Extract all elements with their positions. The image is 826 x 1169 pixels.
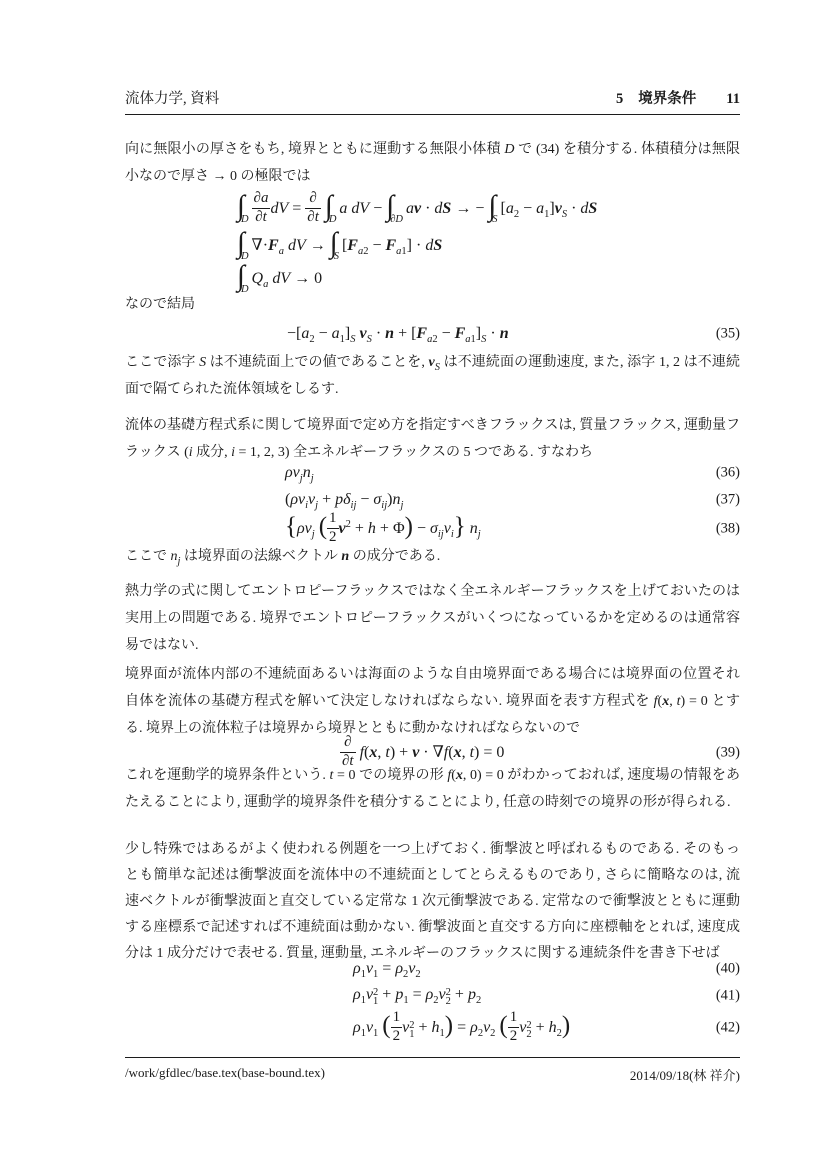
equation-41: ρ1v21 + p1 = ρ2v22 + p2 (41) bbox=[125, 982, 740, 1010]
paragraph-intro: 向に無限小の厚さをもち, 境界とともに運動する無限小体積 D で (34) を積… bbox=[125, 136, 740, 190]
equation-40: ρ1v1 = ρ2v2 (40) bbox=[125, 957, 740, 981]
equation-body: (ρvivj + pδij − σij)nj bbox=[285, 491, 403, 509]
equation-number: (42) bbox=[716, 1020, 740, 1037]
equation-number: (39) bbox=[716, 745, 740, 762]
header-section-number: 5 bbox=[616, 91, 623, 108]
equation-body: ρ1v1 = ρ2v2 bbox=[353, 960, 421, 978]
equation-number: (37) bbox=[716, 492, 740, 509]
header-rule bbox=[125, 114, 740, 115]
paragraph-subscript-note: ここで添字 S は不連続面上での値であることを, vS は不連続面の運動速度, … bbox=[125, 349, 740, 403]
equation-number: (40) bbox=[716, 961, 740, 978]
equation-body: ρ1v21 + p1 = ρ2v22 + p2 bbox=[353, 986, 481, 1006]
equation-body: ∫D∂a∂tdV = ∂∂t ∫Da dV − ∫∂Dav · dS → − ∫… bbox=[237, 192, 597, 227]
equation-body: −[a2 − a1]S vS · n + [Fa2 − Fa1]S · n bbox=[287, 325, 509, 343]
equation-number: (36) bbox=[716, 465, 740, 482]
header-doc-title: 流体力学, 資料 bbox=[125, 87, 219, 108]
equation-body: ∫D∇·Fa dV → ∫S[Fa2 − Fa1] · dS bbox=[237, 235, 442, 257]
footer-date-author: 2014/09/18(林 祥介) bbox=[630, 1065, 740, 1084]
paragraph-free-surface: 境界面が流体内部の不連続面あるいは海面のような自由境界面である場合には境界面の位… bbox=[125, 661, 740, 742]
equation-35: −[a2 − a1]S vS · n + [Fa2 − Fa1]S · n (3… bbox=[125, 320, 740, 348]
page-footer: /work/gfdlec/base.tex(base-bound.tex) 20… bbox=[125, 1065, 740, 1084]
footer-source-path: /work/gfdlec/base.tex(base-bound.tex) bbox=[125, 1065, 325, 1084]
header-page-number: 11 bbox=[726, 91, 740, 108]
paragraph-entropy: 熱力学の式に関してエントロピーフラックスではなく全エネルギーフラックスを上げてお… bbox=[125, 578, 740, 659]
header-section-title: 境界条件 bbox=[638, 87, 696, 108]
equation-body: ρ1v1 (12v21 + h1) = ρ2v2 (12v22 + h2) bbox=[353, 1011, 570, 1046]
equation-42: ρ1v1 (12v21 + h1) = ρ2v2 (12v22 + h2) (4… bbox=[125, 1008, 740, 1048]
equation-body: ρvjnj bbox=[285, 464, 314, 482]
paragraph-result: なので結局 bbox=[125, 291, 740, 318]
paragraph-flux: 流体の基礎方程式系に関して境界面で定め方を指定すべきフラックスは, 質量フラック… bbox=[125, 412, 740, 466]
equation-number: (41) bbox=[716, 988, 740, 1005]
footer-rule bbox=[125, 1057, 740, 1058]
page-header: 流体力学, 資料 5 境界条件 11 bbox=[125, 87, 740, 108]
equation-36: ρvjnj (36) bbox=[125, 461, 740, 485]
header-right-group: 5 境界条件 11 bbox=[616, 87, 740, 108]
paragraph-shock: 少し特殊ではあるがよく使われる例題を一つ上げておく. 衝撃波と呼ばれるものである… bbox=[125, 837, 740, 967]
equation-body: {ρvj (12v2 + h + Φ) − σijvi} nj bbox=[285, 512, 481, 547]
equation-body: ∫DQa dV → 0 bbox=[237, 270, 322, 290]
equation-limit-line-2: ∫D∇·Fa dV → ∫S[Fa2 − Fa1] · dS bbox=[125, 228, 740, 264]
paragraph-normal-note: ここで nj は境界面の法線ベクトル n の成分である. bbox=[125, 543, 740, 570]
equation-number: (35) bbox=[716, 326, 740, 343]
equation-limit-line-1: ∫D∂a∂tdV = ∂∂t ∫Da dV − ∫∂Dav · dS → − ∫… bbox=[125, 190, 740, 228]
document-page: 流体力学, 資料 5 境界条件 11 向に無限小の厚さをもち, 境界とともに運動… bbox=[0, 0, 826, 1169]
paragraph-kinematic: これを運動学的境界条件という. t = 0 での境界の形 f(x, 0) = 0… bbox=[125, 762, 740, 816]
page-content: 流体力学, 資料 5 境界条件 11 向に無限小の厚さをもち, 境界とともに運動… bbox=[125, 0, 740, 1169]
equation-number: (38) bbox=[716, 521, 740, 538]
